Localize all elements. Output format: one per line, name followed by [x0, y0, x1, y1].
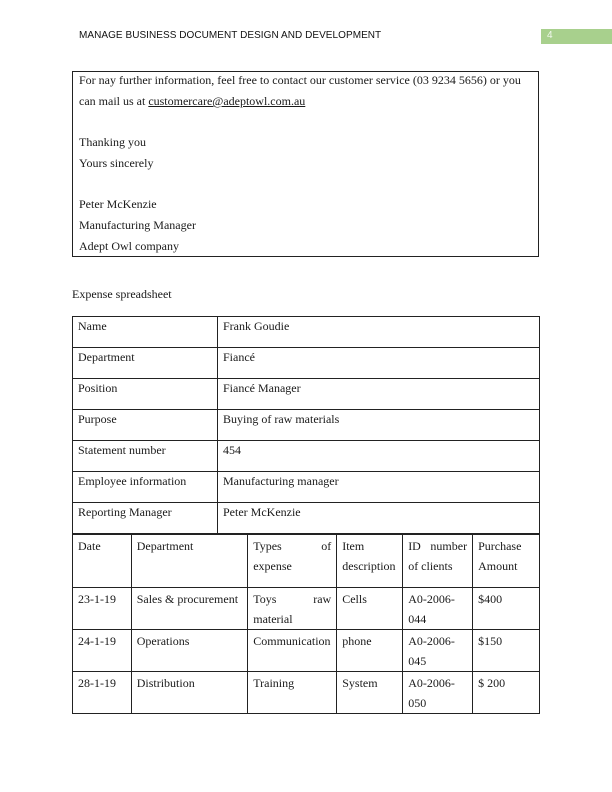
expense-header-row: Date Department Typesof expense Item des…	[73, 535, 540, 588]
info-label: Employee information	[73, 472, 218, 503]
info-row: NameFrank Goudie	[73, 317, 540, 348]
cell-department: Sales & procurement	[131, 588, 248, 630]
cell-amount: $400	[473, 588, 540, 630]
header-types-of-expense: Typesof expense	[248, 535, 337, 588]
cell-date: 24-1-19	[73, 630, 132, 672]
info-value: Manufacturing manager	[218, 472, 540, 503]
info-value: Fiancé Manager	[218, 379, 540, 410]
header-date: Date	[73, 535, 132, 588]
contact-info-line: For nay further information, feel free t…	[79, 73, 521, 88]
info-value: Peter McKenzie	[218, 503, 540, 534]
info-row: PurposeBuying of raw materials	[73, 410, 540, 441]
cell-id: A0-2006- 044	[403, 588, 473, 630]
header-item-description: Item description	[337, 535, 403, 588]
closing-salutation: Yours sincerely	[79, 156, 153, 171]
cell-id: A0-2006- 045	[403, 630, 473, 672]
section-title: Expense spreadsheet	[72, 287, 172, 302]
cell-date: 23-1-19	[73, 588, 132, 630]
cell-item: Cells	[337, 588, 403, 630]
info-value: Fiancé	[218, 348, 540, 379]
info-row: Statement number454	[73, 441, 540, 472]
info-row: DepartmentFiancé	[73, 348, 540, 379]
info-label: Reporting Manager	[73, 503, 218, 534]
info-value: Buying of raw materials	[218, 410, 540, 441]
page-number: 4	[547, 30, 553, 41]
email-link[interactable]: customercare@adeptowl.com.au	[148, 94, 305, 108]
cell-date: 28-1-19	[73, 672, 132, 714]
header-purchase-amount: Purchase Amount	[473, 535, 540, 588]
info-label: Statement number	[73, 441, 218, 472]
cell-department: Operations	[131, 630, 248, 672]
letter-closing-box: For nay further information, feel free t…	[72, 71, 539, 257]
info-row: PositionFiancé Manager	[73, 379, 540, 410]
expense-table: Date Department Typesof expense Item des…	[72, 534, 540, 714]
contact-email-line: can mail us at customercare@adeptowl.com…	[79, 94, 305, 109]
info-row: Employee informationManufacturing manage…	[73, 472, 540, 503]
header-id-number: IDnumber of clients	[403, 535, 473, 588]
info-label: Department	[73, 348, 218, 379]
closing-thanks: Thanking you	[79, 135, 146, 150]
cell-department: Distribution	[131, 672, 248, 714]
signer-title: Manufacturing Manager	[79, 218, 196, 233]
document-title: MANAGE BUSINESS DOCUMENT DESIGN AND DEVE…	[79, 30, 381, 41]
cell-id: A0-2006- 050	[403, 672, 473, 714]
table-row: 24-1-19 Operations Communication phone A…	[73, 630, 540, 672]
cell-type: Training	[248, 672, 337, 714]
cell-amount: $ 200	[473, 672, 540, 714]
info-value: Frank Goudie	[218, 317, 540, 348]
info-label: Position	[73, 379, 218, 410]
table-row: 23-1-19 Sales & procurement Toysraw mate…	[73, 588, 540, 630]
info-row: Reporting ManagerPeter McKenzie	[73, 503, 540, 534]
info-value: 454	[218, 441, 540, 472]
cell-item: phone	[337, 630, 403, 672]
header-department: Department	[131, 535, 248, 588]
email-prefix: can mail us at	[79, 94, 148, 108]
cell-amount: $150	[473, 630, 540, 672]
cell-item: System	[337, 672, 403, 714]
info-label: Purpose	[73, 410, 218, 441]
cell-type: Communication	[248, 630, 337, 672]
table-row: 28-1-19 Distribution Training System A0-…	[73, 672, 540, 714]
info-label: Name	[73, 317, 218, 348]
employee-info-table: NameFrank GoudieDepartmentFiancéPosition…	[72, 316, 540, 534]
signer-name: Peter McKenzie	[79, 197, 157, 212]
signer-company: Adept Owl company	[79, 239, 179, 254]
cell-type: Toysraw material	[248, 588, 337, 630]
page-number-badge: 4	[541, 29, 612, 44]
